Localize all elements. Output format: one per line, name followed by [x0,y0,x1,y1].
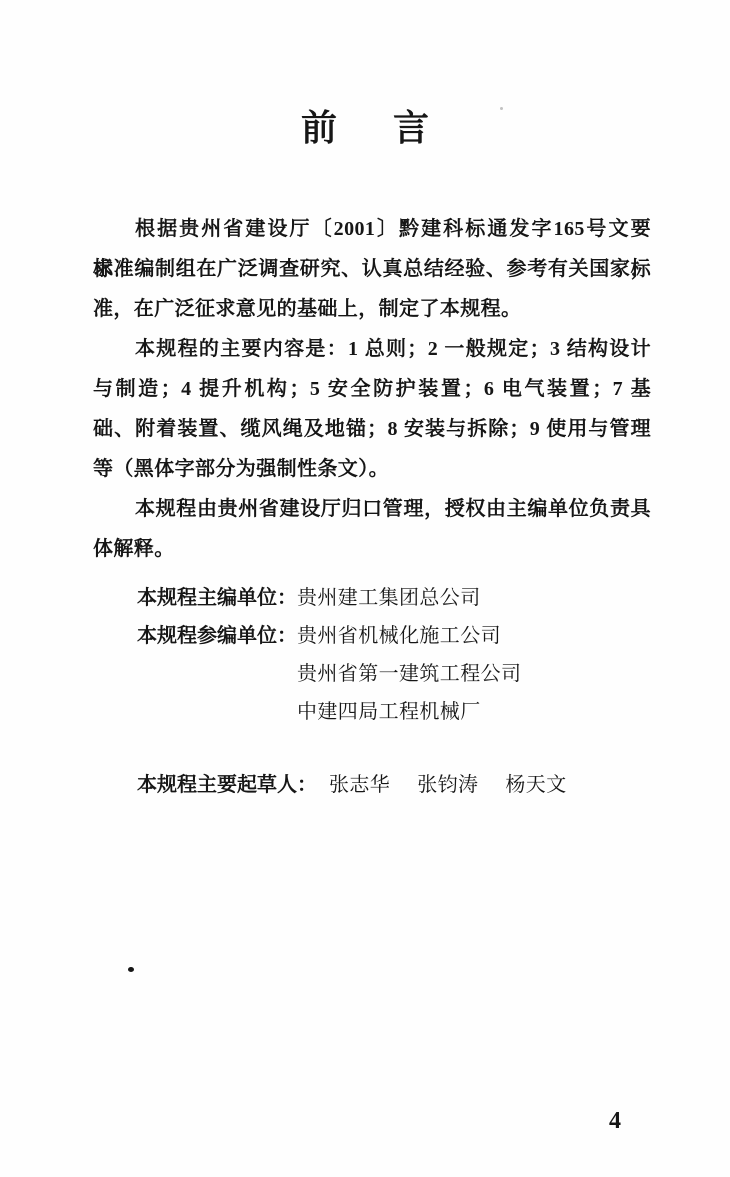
preface-line: 标准编制组在广泛调查研究、认真总结经验、参考有关国家标 [93,249,651,289]
preface-line: 础、附着装置、缆风绳及地锚；8 安装与拆除；9 使用与管理 [93,409,651,449]
preface-line: 本规程由贵州省建设厅归口管理，授权由主编单位负责具 [93,489,651,529]
chief-editor-row: 本规程主编单位： 贵州建工集团总公司 [137,579,521,617]
drafter-name: 张钧涛 [417,766,478,804]
drafters-row: 本规程主要起草人： 张志华 张钧涛 杨天文 [137,766,567,804]
preface-body: 根据贵州省建设厅〔2001〕黔建科标通发字165号文要求， 标准编制组在广泛调查… [93,209,651,569]
page-title: 前 言 [0,106,730,150]
ink-speck [500,107,503,110]
participating-unit: 贵州省第一建筑工程公司 [137,655,521,693]
document-page: 前 言 根据贵州省建设厅〔2001〕黔建科标通发字165号文要求， 标准编制组在… [0,0,730,1177]
page-number: 4 [598,1104,632,1138]
participating-unit: 贵州省机械化施工公司 [297,617,501,655]
chief-editor-value: 贵州建工集团总公司 [297,579,481,617]
drafters-names: 张志华 张钧涛 杨天文 [329,766,567,804]
title-char-first: 前 [301,106,337,150]
preface-line: 根据贵州省建设厅〔2001〕黔建科标通发字165号文要求， [93,209,651,249]
preface-line: 与制造；4 提升机构；5 安全防护装置；6 电气装置；7 基 [93,369,651,409]
title-char-second: 言 [393,106,429,150]
participating-label: 本规程参编单位： [137,617,297,655]
preface-line: 体解释。 [93,529,651,569]
preface-line: 等（黑体字部分为强制性条文）。 [93,449,651,489]
ink-speck [128,967,134,972]
drafters-label: 本规程主要起草人： [137,766,317,804]
preface-line: 本规程的主要内容是：1 总则；2 一般规定；3 结构设计 [93,329,651,369]
credits-block: 本规程主编单位： 贵州建工集团总公司 本规程参编单位： 贵州省机械化施工公司 贵… [137,579,521,731]
preface-line: 准，在广泛征求意见的基础上，制定了本规程。 [93,289,651,329]
drafter-name: 杨天文 [505,766,566,804]
participating-row: 本规程参编单位： 贵州省机械化施工公司 [137,617,521,655]
chief-editor-label: 本规程主编单位： [137,579,297,617]
drafter-name: 张志华 [329,766,390,804]
participating-unit: 中建四局工程机械厂 [137,693,521,731]
